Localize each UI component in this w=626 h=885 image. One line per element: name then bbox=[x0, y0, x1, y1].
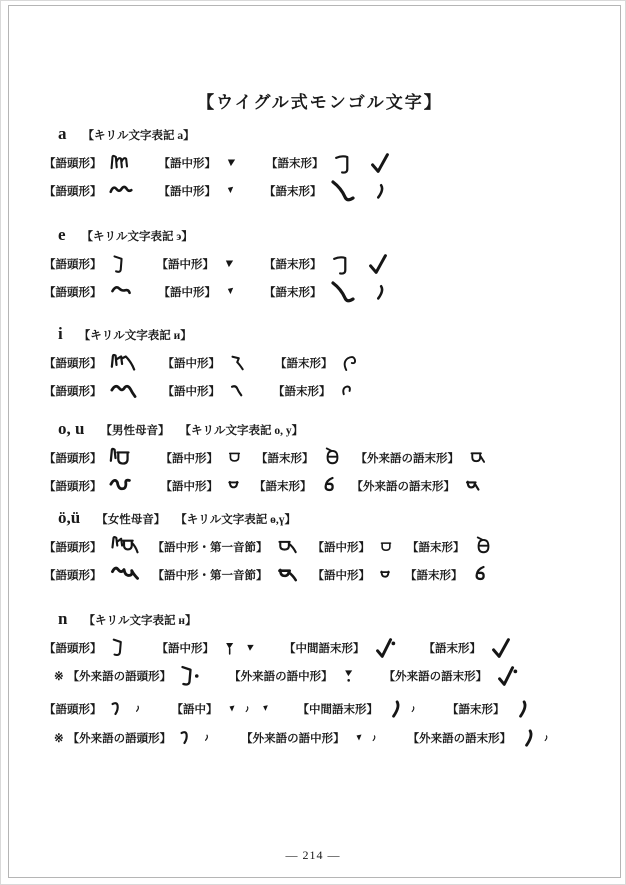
oe-ue-medial-handwritten-glyph bbox=[377, 566, 393, 584]
cyrillic-note: 【キリル文字表記 a】 bbox=[83, 127, 195, 143]
form-label: 【外来語の語末形】 bbox=[356, 450, 460, 466]
form-label: 【外来語の語頭形】 bbox=[68, 668, 172, 684]
cyrillic-note: 【キリル文字表記 и】 bbox=[79, 327, 192, 343]
form-row-handwritten: 【語頭形】 【語中形】 【語末形】 bbox=[44, 177, 596, 204]
comma-mark-icon bbox=[131, 701, 144, 716]
a-initial-printed-glyph bbox=[109, 150, 133, 176]
oe-ue-initial-printed-glyph bbox=[109, 533, 141, 560]
form-label: 【語頭形】 bbox=[44, 567, 102, 583]
form-label: 【語末形】 bbox=[275, 355, 333, 371]
a-medial-printed-glyph bbox=[223, 153, 240, 172]
form-row-foreign-printed: ※ 【外来語の語頭形】 【外来語の語中形】 【外来語の語末形】 bbox=[44, 662, 596, 689]
n-medial-2-printed-glyph bbox=[243, 639, 258, 656]
form-label: 【語末形】 bbox=[264, 284, 322, 300]
a-medial-handwritten-glyph bbox=[223, 182, 238, 199]
reference-mark: ※ bbox=[54, 669, 64, 683]
section-letter: n bbox=[58, 610, 67, 627]
n-interword-final-handwritten-stroke bbox=[385, 697, 405, 721]
vowel-class-note: 【女性母音】 bbox=[96, 511, 165, 527]
n-foreign-initial-printed-glyph bbox=[178, 663, 203, 689]
cyrillic-note: 【キリル文字表記 э】 bbox=[82, 228, 193, 244]
oe-ue-initial-handwritten-glyph bbox=[109, 561, 141, 588]
form-label: 【語頭形】 bbox=[44, 284, 102, 300]
form-label: 【語中形】 bbox=[163, 355, 221, 371]
form-row-printed: 【語頭形】 【語中形】 【語末形】 bbox=[44, 349, 596, 376]
section-heading: n 【キリル文字表記 н】 bbox=[44, 610, 596, 628]
form-row-handwritten: 【語頭形】 【語中形】 【語末形】 【外来語の語末形】 bbox=[44, 472, 596, 499]
form-label: 【語中形】 bbox=[159, 284, 217, 300]
comma-mark-icon bbox=[540, 731, 552, 745]
section-heading: ö,ü 【女性母音】 【キリル文字表記 ө,ү】 bbox=[44, 509, 596, 527]
n-medial-2-handwritten-glyph bbox=[259, 701, 272, 716]
oe-ue-medial-printed-glyph bbox=[377, 537, 395, 557]
n-foreign-initial-handwritten-glyph bbox=[178, 727, 215, 749]
comma-mark-icon bbox=[407, 702, 419, 716]
ou-medial-handwritten-glyph bbox=[225, 476, 242, 495]
comma-mark-icon bbox=[368, 731, 380, 745]
section-letter: a bbox=[58, 125, 67, 142]
section-heading: e 【キリル文字表記 э】 bbox=[44, 226, 596, 244]
form-label: 【語中形】 bbox=[159, 155, 217, 171]
form-label: 【語中】 bbox=[172, 701, 218, 717]
oe-ue-final-printed-glyph bbox=[472, 534, 495, 559]
a-final-printed-glyph bbox=[331, 150, 355, 176]
form-label: 【外来語の語末形】 bbox=[384, 668, 488, 684]
form-row-printed: 【語頭形】 【語中形】 【中間語末形】 【語末形】 bbox=[44, 634, 596, 661]
form-label: 【語頭形】 bbox=[44, 383, 102, 399]
ou-foreign-final-handwritten-glyph bbox=[462, 475, 482, 497]
oe-ue-medial-first-syllable-printed-glyph bbox=[275, 535, 301, 559]
page-number: — 214 — bbox=[0, 848, 626, 863]
n-medial-1-printed-glyph bbox=[221, 636, 239, 659]
section-n: n 【キリル文字表記 н】 【語頭形】 【語中形】 【中間語末形】 【語末形】 … bbox=[44, 610, 596, 751]
a-final-handwritten-glyph bbox=[329, 177, 357, 205]
form-label: 【語末形】 bbox=[264, 183, 322, 199]
i-initial-printed-glyph bbox=[109, 350, 137, 376]
form-label: 【語末形】 bbox=[254, 478, 312, 494]
form-row-handwritten: 【語頭形】 【語中】 【中間語末形】 【語末形】 bbox=[44, 695, 596, 722]
form-label: 【語末形】 bbox=[424, 640, 482, 656]
form-label: 【語頭形】 bbox=[44, 183, 102, 199]
form-row-printed: 【語頭形】 【語中形・第一音節】 【語中形】 【語末形】 bbox=[44, 533, 596, 560]
section-letter: ö,ü bbox=[58, 509, 80, 526]
a-final-variant-printed-glyph bbox=[367, 149, 393, 177]
n-medial-1-handwritten-glyph bbox=[225, 701, 255, 717]
form-row-foreign-handwritten: ※ 【外来語の語頭形】 【外来語の語中形】 【外来語の語末形】 bbox=[44, 724, 596, 751]
n-initial-handwritten-stroke bbox=[109, 698, 129, 720]
form-label: 【語末形】 bbox=[273, 383, 331, 399]
page-title: 【ウイグル式モンゴル文字】 bbox=[44, 88, 596, 113]
form-label: 【語頭形】 bbox=[44, 478, 102, 494]
n-final-printed-glyph bbox=[488, 634, 514, 662]
section-heading: o, u 【男性母音】 【キリル文字表記 o, y】 bbox=[44, 420, 596, 438]
form-label: 【語中形】 bbox=[157, 640, 215, 656]
reference-mark: ※ bbox=[54, 731, 64, 745]
form-row-printed: 【語頭形】 【語中形】 【語末形】 【外来語の語末形】 bbox=[44, 444, 596, 471]
n-initial-printed-glyph bbox=[109, 635, 131, 660]
ou-initial-handwritten-glyph bbox=[109, 473, 135, 499]
form-label: 【語頭形】 bbox=[44, 155, 102, 171]
form-label: 【語頭形】 bbox=[44, 701, 102, 717]
section-heading: a 【キリル文字表記 a】 bbox=[44, 125, 596, 143]
a-final-variant-handwritten-glyph bbox=[369, 180, 389, 202]
form-label: 【語中形・第一音節】 bbox=[153, 567, 268, 583]
n-final-handwritten-glyph bbox=[512, 697, 532, 721]
form-label: 【語末形】 bbox=[407, 539, 465, 555]
form-label: 【語中形・第一音節】 bbox=[153, 539, 268, 555]
form-label: 【中間語末形】 bbox=[284, 640, 365, 656]
ou-medial-printed-glyph bbox=[225, 447, 244, 468]
section-a: a 【キリル文字表記 a】 【語頭形】 【語中形】 【語末形】 【語頭形】 【語… bbox=[44, 125, 596, 204]
form-label: 【語頭形】 bbox=[44, 640, 102, 656]
comma-mark-icon bbox=[200, 730, 213, 745]
form-label: 【外来語の語末形】 bbox=[352, 478, 456, 494]
i-medial-handwritten-glyph bbox=[227, 380, 247, 402]
form-label: 【語頭形】 bbox=[44, 539, 102, 555]
ou-final-handwritten-glyph bbox=[319, 474, 340, 497]
section-e: e 【キリル文字表記 э】 【語頭形】 【語中形】 【語末形】 【語頭形】 【語… bbox=[44, 226, 596, 305]
section-letter: i bbox=[58, 325, 63, 342]
cyrillic-note: 【キリル文字表記 ө,ү】 bbox=[175, 511, 296, 527]
ou-final-printed-glyph bbox=[321, 445, 344, 470]
form-label: 【語末形】 bbox=[447, 701, 505, 717]
n-interword-final-handwritten-glyph bbox=[385, 697, 421, 721]
n-foreign-medial-handwritten-glyph bbox=[352, 730, 382, 746]
i-final-printed-glyph bbox=[340, 351, 362, 375]
e-final-printed-glyph bbox=[329, 251, 353, 277]
form-label: 【外来語の語末形】 bbox=[408, 730, 512, 746]
e-final-variant-printed-glyph bbox=[365, 250, 391, 278]
n-medial-handwritten-stroke bbox=[225, 701, 239, 717]
n-foreign-final-printed-glyph bbox=[494, 662, 520, 690]
form-label: 【語中形】 bbox=[161, 450, 219, 466]
i-final-handwritten-glyph bbox=[338, 381, 356, 401]
oe-ue-medial-first-syllable-handwritten-glyph bbox=[275, 563, 301, 587]
e-final-variant-handwritten-glyph bbox=[369, 281, 389, 303]
form-row-handwritten: 【語頭形】 【語中形・第一音節】 【語中形】 【語末形】 bbox=[44, 561, 596, 588]
form-label: 【語末形】 bbox=[266, 155, 324, 171]
page-content: 【ウイグル式モンゴル文字】 a 【キリル文字表記 a】 【語頭形】 【語中形】 … bbox=[44, 0, 596, 751]
form-label: 【外来語の語中形】 bbox=[241, 730, 345, 746]
form-label: 【語末形】 bbox=[264, 256, 322, 272]
ou-initial-printed-glyph bbox=[109, 445, 135, 471]
n-foreign-initial-handwritten-stroke bbox=[178, 727, 198, 749]
cyrillic-note: 【キリル文字表記 н】 bbox=[83, 612, 196, 628]
form-label: 【中間語末形】 bbox=[298, 701, 379, 717]
form-label: 【語中形】 bbox=[157, 256, 215, 272]
form-row-handwritten: 【語頭形】 【語中形】 【語末形】 bbox=[44, 377, 596, 404]
i-initial-handwritten-glyph bbox=[109, 378, 137, 404]
e-medial-handwritten-glyph bbox=[223, 283, 238, 300]
section-o-u: o, u 【男性母音】 【キリル文字表記 o, y】 【語頭形】 【語中形】 【… bbox=[44, 420, 596, 499]
form-label: 【語中形】 bbox=[163, 383, 221, 399]
form-label: 【語中形】 bbox=[161, 478, 219, 494]
n-initial-handwritten-glyph bbox=[109, 698, 146, 720]
form-label: 【語末形】 bbox=[405, 567, 463, 583]
n-interword-final-printed-glyph bbox=[372, 634, 398, 662]
oe-ue-final-handwritten-glyph bbox=[470, 563, 491, 586]
form-label: 【語中形】 bbox=[313, 567, 371, 583]
cyrillic-note: 【キリル文字表記 o, y】 bbox=[179, 422, 303, 438]
form-label: 【語末形】 bbox=[256, 450, 314, 466]
n-foreign-final-handwritten-stroke bbox=[518, 726, 538, 750]
form-label: 【語頭形】 bbox=[44, 256, 102, 272]
form-label: 【語中形】 bbox=[313, 539, 371, 555]
vowel-class-note: 【男性母音】 bbox=[100, 422, 169, 438]
form-label: 【語頭形】 bbox=[44, 450, 102, 466]
form-label: 【外来語の語中形】 bbox=[229, 668, 333, 684]
ou-foreign-final-printed-glyph bbox=[466, 446, 488, 470]
form-row-printed: 【語頭形】 【語中形】 【語末形】 bbox=[44, 149, 596, 176]
section-letter: o, u bbox=[58, 420, 84, 437]
section-heading: i 【キリル文字表記 и】 bbox=[44, 325, 596, 343]
section-i: i 【キリル文字表記 и】 【語頭形】 【語中形】 【語末形】 【語頭形】 【語… bbox=[44, 325, 596, 404]
a-initial-handwritten-glyph bbox=[109, 178, 133, 204]
section-letter: e bbox=[58, 226, 66, 243]
n-foreign-medial-handwritten-stroke bbox=[352, 730, 366, 746]
n-foreign-medial-printed-glyph bbox=[340, 664, 358, 687]
e-initial-handwritten-glyph bbox=[109, 280, 133, 304]
e-initial-printed-glyph bbox=[109, 251, 131, 276]
form-label: 【語中形】 bbox=[159, 183, 217, 199]
form-row-handwritten: 【語頭形】 【語中形】 【語末形】 bbox=[44, 278, 596, 305]
e-final-handwritten-glyph bbox=[329, 278, 357, 306]
form-row-printed: 【語頭形】 【語中形】 【語末形】 bbox=[44, 250, 596, 277]
comma-mark-icon bbox=[241, 702, 253, 716]
section-oe-ue: ö,ü 【女性母音】 【キリル文字表記 ө,ү】 【語頭形】 【語中形・第一音節… bbox=[44, 509, 596, 588]
i-medial-printed-glyph bbox=[227, 351, 249, 375]
n-foreign-final-handwritten-glyph bbox=[518, 726, 554, 750]
form-label: 【外来語の語頭形】 bbox=[68, 730, 172, 746]
form-label: 【語頭形】 bbox=[44, 355, 102, 371]
e-medial-printed-glyph bbox=[221, 254, 238, 273]
